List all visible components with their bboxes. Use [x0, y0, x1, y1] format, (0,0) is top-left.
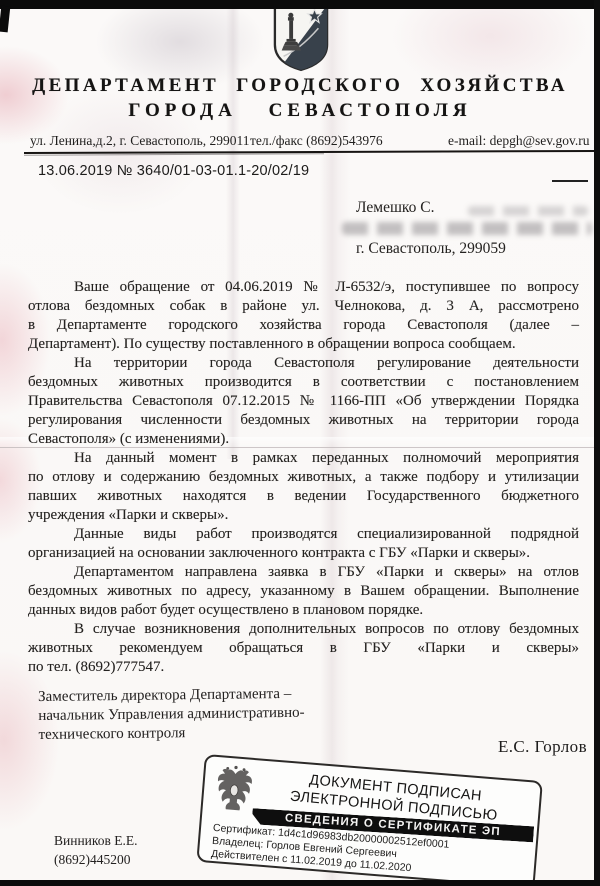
redacted-text-blur [468, 206, 588, 216]
organization-name: ДЕПАРТАМЕНТ ГОРОДСКОГО ХОЗЯЙСТВА ГОРОДА … [20, 74, 580, 124]
top-right-line-mark [552, 180, 588, 182]
paragraph: На данный момент в рамках переданных пол… [28, 449, 579, 525]
body-paragraphs: Ваше обращение от 04.06.2019 № Л-6532/э,… [28, 278, 579, 677]
letterhead-phone-fax: тел./факс (8692)543976 [250, 133, 383, 149]
scan-border-right [594, 0, 600, 886]
paragraph-line: Департамент). По существу поставленного … [28, 335, 579, 354]
addressee-city: г. Севастополь, 299059 [356, 240, 506, 258]
paragraph-line: На территории города Севастополя регулир… [28, 354, 579, 373]
paragraph-line: животных рекомендуем обращаться в ГБУ «П… [28, 639, 579, 658]
letterhead-address: ул. Ленина,д.2, г. Севастополь, 299011 [30, 133, 250, 149]
paragraph-line: В случае возникновения дополнительных во… [28, 620, 579, 639]
paragraph-line: организацией на основании заключенного к… [28, 544, 579, 563]
scan-border-corner [0, 6, 10, 33]
paragraph-line: Правительства Севастополя 07.12.2015 № 1… [28, 392, 579, 411]
executor-phone: (8692)445200 [54, 851, 138, 870]
scanned-letter-page: ДЕПАРТАМЕНТ ГОРОДСКОГО ХОЗЯЙСТВА ГОРОДА … [0, 0, 600, 886]
letterhead-divider-echo [24, 153, 324, 156]
paragraph-line: данных видов работ будет осуществлено в … [28, 601, 579, 620]
paragraph-line: бездомных животных по адресу, указанному… [28, 582, 579, 601]
paragraph: Данные виды работ производятся специализ… [28, 525, 579, 563]
signature-name: Е.С. Горлов [498, 737, 587, 757]
paragraph-line: по тел. (8692)777547. [28, 658, 579, 677]
paragraph-line: Севастополя» (с изменениями). [28, 430, 579, 449]
sevastopol-coat-of-arms-icon [272, 2, 330, 77]
scan-border-bottom [0, 880, 600, 886]
paragraph-line: Ваше обращение от 04.06.2019 № Л-6532/э,… [28, 278, 579, 297]
paragraph: В случае возникновения дополнительных во… [28, 620, 579, 677]
paragraph: На территории города Севастополя регулир… [28, 354, 579, 449]
paragraph-line: отлова бездомных собак в районе ул. Челн… [28, 297, 579, 316]
paragraph-line: Департаментом направлена заявка в ГБУ «П… [28, 563, 579, 582]
outgoing-date-number: 13.06.2019 № 3640/01-03-01.1-20/02/19 [38, 163, 309, 179]
paragraph-line: бездомных животных производится в соотве… [28, 373, 579, 392]
signature-position-line: начальник Управления административно- [38, 704, 304, 726]
scan-border-top [0, 0, 600, 9]
letterhead-email: e-mail: depgh@sev.gov.ru [448, 133, 590, 149]
executor-name: Винников Е.Е. [54, 832, 138, 851]
organization-name-line1: ДЕПАРТАМЕНТ ГОРОДСКОГО ХОЗЯЙСТВА [20, 74, 580, 98]
electronic-signature-stamp: ДОКУМЕНТ ПОДПИСАН ЭЛЕКТРОННОЙ ПОДПИСЬЮ С… [196, 754, 543, 886]
addressee-name: Лемешко С. [356, 199, 435, 217]
signature-position-block: Заместитель директора Департамента – нач… [38, 685, 305, 745]
russian-double-headed-eagle-icon [212, 764, 256, 820]
paragraph: Ваше обращение от 04.06.2019 № Л-6532/э,… [28, 278, 579, 354]
organization-name-line2: ГОРОДА СЕВАСТОПОЛЯ [20, 98, 580, 124]
paragraph-line: павших животных находятся в ведении Госу… [28, 487, 579, 506]
redacted-address-line [342, 222, 592, 235]
paragraph-line: по отлову и содержанию бездомных животны… [28, 468, 579, 487]
paragraph: Департаментом направлена заявка в ГБУ «П… [28, 563, 579, 620]
paragraph-line: Данные виды работ производятся специализ… [28, 525, 579, 544]
paragraph-line: учреждения «Парки и скверы». [28, 506, 579, 525]
paragraph-line: в Департаменте городского хозяйства горо… [28, 316, 579, 335]
paragraph-line: регулирования численности бездомных живо… [28, 411, 579, 430]
signature-position-line: технического контроля [38, 723, 304, 745]
paragraph-line: На данный момент в рамках переданных пол… [28, 449, 579, 468]
executor-block: Винников Е.Е. (8692)445200 [54, 832, 138, 869]
